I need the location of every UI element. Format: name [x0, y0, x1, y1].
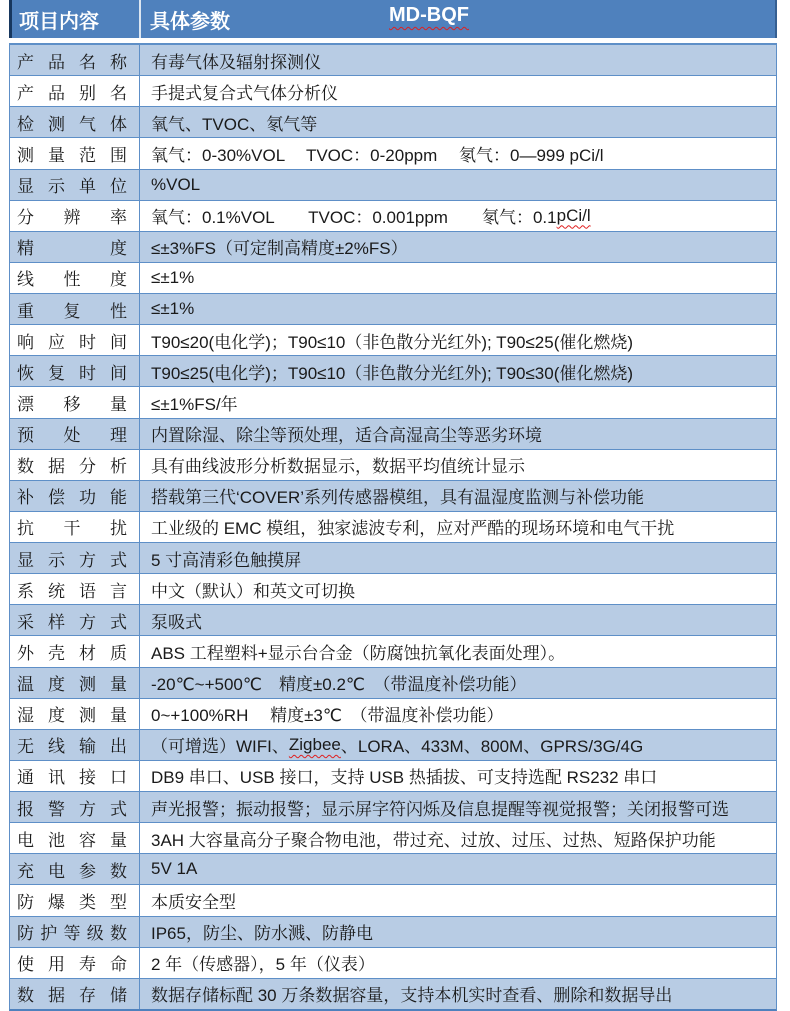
spec-label: 精度	[17, 234, 127, 259]
spec-value: 5 寸高清彩色触摸屏	[140, 543, 776, 573]
spec-value: 内置除湿、除尘等预处理，适合高湿高尘等恶劣环境	[140, 419, 776, 449]
spec-label: 采样方式	[17, 608, 127, 633]
spec-value: 2 年（传感器），5 年（仪表）	[140, 948, 776, 978]
spec-label: 湿度测量	[17, 701, 127, 726]
spec-label: 无线输出	[17, 732, 127, 757]
spec-value: ≤±1%	[140, 294, 776, 324]
spec-label: 重复性	[17, 297, 127, 322]
model-name: MD-BQF	[389, 4, 469, 27]
spec-row: 预处理内置除湿、除尘等预处理，适合高湿高尘等恶劣环境	[10, 418, 776, 449]
spec-label-cell: 漂移量	[10, 387, 140, 417]
spec-label-cell: 采样方式	[10, 605, 140, 635]
spec-row: 温度测量-20℃~+500℃ 精度±0.2℃ （带温度补偿功能）	[10, 667, 776, 698]
spec-value: 声光报警；振动报警；显示屏字符闪烁及信息提醒等视觉报警；关闭报警可选	[140, 792, 776, 822]
misspelled-word: Zigbee	[289, 735, 341, 755]
spec-label-cell: 通讯接口	[10, 761, 140, 791]
spec-value: 5V 1A	[140, 854, 776, 884]
spec-value: ≤±3%FS（可定制高精度±2%FS）	[140, 232, 776, 262]
spec-label: 使用寿命	[17, 950, 127, 975]
spec-label: 预处理	[17, 421, 127, 446]
spec-value: 氧气：0.1%VOL TVOC：0.001ppm 氡气：0.1 pCi/l	[140, 201, 776, 231]
spec-label: 显示方式	[17, 546, 127, 571]
spec-row: 产品别名手提式复合式气体分析仪	[10, 75, 776, 106]
spec-label: 抗干扰	[17, 514, 127, 539]
spec-row: 产品名称有毒气体及辐射探测仪	[10, 45, 776, 75]
spec-row: 数据分析具有曲线波形分析数据显示，数据平均值统计显示	[10, 449, 776, 480]
spec-label-cell: 响应时间	[10, 325, 140, 355]
spec-label: 恢复时间	[17, 359, 127, 384]
spec-value: ≤±1%FS/年	[140, 387, 776, 417]
spec-table: 产品名称有毒气体及辐射探测仪产品别名手提式复合式气体分析仪检测气体氧气、TVOC…	[9, 43, 777, 1011]
spec-row: 检测气体氧气、TVOC、氡气等	[10, 106, 776, 137]
spec-label-cell: 报警方式	[10, 792, 140, 822]
spec-label: 报警方式	[17, 795, 127, 820]
spec-value: 氧气、TVOC、氡气等	[140, 107, 776, 137]
spec-value: ≤±1%	[140, 263, 776, 293]
spec-label-cell: 预处理	[10, 419, 140, 449]
spec-label: 漂移量	[17, 390, 127, 415]
spec-label-cell: 重复性	[10, 294, 140, 324]
spec-row: 数据存储数据存储标配 30 万条数据容量，支持本机实时查看、删除和数据导出	[10, 978, 776, 1009]
header-col-item-label: 项目内容	[19, 5, 99, 34]
spec-value: 0~+100%RH 精度±3℃ （带温度补偿功能）	[140, 699, 776, 729]
spec-label-cell: 充电参数	[10, 854, 140, 884]
spec-label: 充电参数	[17, 857, 127, 882]
spec-label: 线性度	[17, 265, 127, 290]
spec-row: 防护等级数IP65，防尘、防水溅、防静电	[10, 916, 776, 947]
spec-row: 无线输出（可增选）WIFI、Zigbee、LORA、433M、800M、GPRS…	[10, 729, 776, 760]
spec-row: 线性度≤±1%	[10, 262, 776, 293]
spec-label: 防护等级数	[17, 919, 127, 944]
spec-label-cell: 补偿功能	[10, 481, 140, 511]
spec-value: ABS 工程塑料+显示台合金（防腐蚀抗氧化表面处理）。	[140, 636, 776, 666]
spec-value: 中文（默认）和英文可切换	[140, 574, 776, 604]
spec-row: 外壳材质ABS 工程塑料+显示台合金（防腐蚀抗氧化表面处理）。	[10, 635, 776, 666]
spec-label: 通讯接口	[17, 763, 127, 788]
spec-row: 响应时间T90≤20(电化学)；T90≤10（非色散分光红外); T90≤25(…	[10, 324, 776, 355]
spec-row: 电池容量3AH 大容量高分子聚合物电池，带过充、过放、过压、过热、短路保护功能	[10, 822, 776, 853]
spec-value: 数据存储标配 30 万条数据容量，支持本机实时查看、删除和数据导出	[140, 979, 776, 1009]
spec-label-cell: 线性度	[10, 263, 140, 293]
spec-row: 恢复时间T90≤25(电化学)；T90≤10（非色散分光红外); T90≤30(…	[10, 355, 776, 386]
spec-label: 分辨率	[17, 203, 127, 228]
spec-label-cell: 数据存储	[10, 979, 140, 1009]
spec-label-cell: 分辨率	[10, 201, 140, 231]
spec-label-cell: 数据分析	[10, 450, 140, 480]
spec-row: 防爆类型本质安全型	[10, 884, 776, 915]
spec-row: 充电参数5V 1A	[10, 853, 776, 884]
spec-row: 漂移量≤±1%FS/年	[10, 386, 776, 417]
spec-row: 分辨率氧气：0.1%VOL TVOC：0.001ppm 氡气：0.1 pCi/l	[10, 200, 776, 231]
spec-label-cell: 产品名称	[10, 45, 140, 75]
spec-value: （可增选）WIFI、Zigbee、LORA、433M、800M、GPRS/3G/…	[140, 730, 776, 760]
spec-sheet: 项目内容 具体参数 MD-BQF 产品名称有毒气体及辐射探测仪产品别名手提式复合…	[0, 0, 790, 1011]
spec-label-cell: 防护等级数	[10, 917, 140, 947]
header-col-params-label: 具体参数	[150, 5, 230, 34]
spec-label-cell: 检测气体	[10, 107, 140, 137]
spec-label-cell: 恢复时间	[10, 356, 140, 386]
spec-label-cell: 无线输出	[10, 730, 140, 760]
spec-label-cell: 系统语言	[10, 574, 140, 604]
spec-value: %VOL	[140, 170, 776, 200]
spec-row: 精度≤±3%FS（可定制高精度±2%FS）	[10, 231, 776, 262]
spec-label: 响应时间	[17, 328, 127, 353]
table-header-row: 项目内容 具体参数 MD-BQF	[9, 0, 777, 38]
spec-label-cell: 抗干扰	[10, 512, 140, 542]
spec-label-cell: 使用寿命	[10, 948, 140, 978]
spec-row: 系统语言中文（默认）和英文可切换	[10, 573, 776, 604]
header-cell-item: 项目内容	[12, 0, 141, 38]
spec-label-cell: 温度测量	[10, 668, 140, 698]
spec-row: 显示方式5 寸高清彩色触摸屏	[10, 542, 776, 573]
spec-value: T90≤20(电化学)；T90≤10（非色散分光红外); T90≤25(催化燃烧…	[140, 325, 776, 355]
spec-row: 使用寿命2 年（传感器），5 年（仪表）	[10, 947, 776, 978]
spec-label: 温度测量	[17, 670, 127, 695]
spec-value: 泵吸式	[140, 605, 776, 635]
spec-row: 采样方式泵吸式	[10, 604, 776, 635]
spec-value: DB9 串口、USB 接口，支持 USB 热插拔、可支持选配 RS232 串口	[140, 761, 776, 791]
spec-label: 外壳材质	[17, 639, 127, 664]
spec-label: 产品别名	[17, 79, 127, 104]
spec-label: 产品名称	[17, 48, 127, 73]
spec-row: 报警方式声光报警；振动报警；显示屏字符闪烁及信息提醒等视觉报警；关闭报警可选	[10, 791, 776, 822]
spec-label: 防爆类型	[17, 888, 127, 913]
spec-value: 搭载第三代‘COVER’系列传感器模组，具有温湿度监测与补偿功能	[140, 481, 776, 511]
spec-row: 通讯接口DB9 串口、USB 接口，支持 USB 热插拔、可支持选配 RS232…	[10, 760, 776, 791]
spec-value: IP65，防尘、防水溅、防静电	[140, 917, 776, 947]
spec-row: 测量范围氧气：0-30%VOL TVOC：0-20ppm 氡气：0—999 pC…	[10, 137, 776, 168]
spec-row: 补偿功能搭载第三代‘COVER’系列传感器模组，具有温湿度监测与补偿功能	[10, 480, 776, 511]
header-cell-params: 具体参数 MD-BQF	[141, 0, 775, 38]
spec-value: 本质安全型	[140, 885, 776, 915]
spec-value: -20℃~+500℃ 精度±0.2℃ （带温度补偿功能）	[140, 668, 776, 698]
spec-label-cell: 显示单位	[10, 170, 140, 200]
spec-label-cell: 显示方式	[10, 543, 140, 573]
spec-label-cell: 精度	[10, 232, 140, 262]
spec-label: 补偿功能	[17, 483, 127, 508]
spec-label-cell: 外壳材质	[10, 636, 140, 666]
spec-row: 抗干扰工业级的 EMC 模组，独家滤波专利，应对严酷的现场环境和电气干扰	[10, 511, 776, 542]
spec-label: 数据分析	[17, 452, 127, 477]
spec-label: 系统语言	[17, 577, 127, 602]
spec-label: 电池容量	[17, 826, 127, 851]
spec-value: 3AH 大容量高分子聚合物电池，带过充、过放、过压、过热、短路保护功能	[140, 823, 776, 853]
spec-label-cell: 湿度测量	[10, 699, 140, 729]
spec-row: 显示单位%VOL	[10, 169, 776, 200]
spec-value: 工业级的 EMC 模组，独家滤波专利，应对严酷的现场环境和电气干扰	[140, 512, 776, 542]
spec-row: 重复性≤±1%	[10, 293, 776, 324]
spec-label: 数据存储	[17, 981, 127, 1006]
spec-row: 湿度测量0~+100%RH 精度±3℃ （带温度补偿功能）	[10, 698, 776, 729]
spec-label-cell: 电池容量	[10, 823, 140, 853]
spec-label-cell: 防爆类型	[10, 885, 140, 915]
spec-label: 显示单位	[17, 172, 127, 197]
spec-value: T90≤25(电化学)；T90≤10（非色散分光红外); T90≤30(催化燃烧…	[140, 356, 776, 386]
spec-value: 手提式复合式气体分析仪	[140, 76, 776, 106]
spec-value: 有毒气体及辐射探测仪	[140, 45, 776, 75]
misspelled-word: pCi/l	[557, 206, 591, 226]
spec-label-cell: 产品别名	[10, 76, 140, 106]
spec-value: 具有曲线波形分析数据显示，数据平均值统计显示	[140, 450, 776, 480]
spec-label-cell: 测量范围	[10, 138, 140, 168]
spec-label: 检测气体	[17, 110, 127, 135]
spec-label: 测量范围	[17, 141, 127, 166]
spec-value: 氧气：0-30%VOL TVOC：0-20ppm 氡气：0—999 pCi/l	[140, 138, 776, 168]
